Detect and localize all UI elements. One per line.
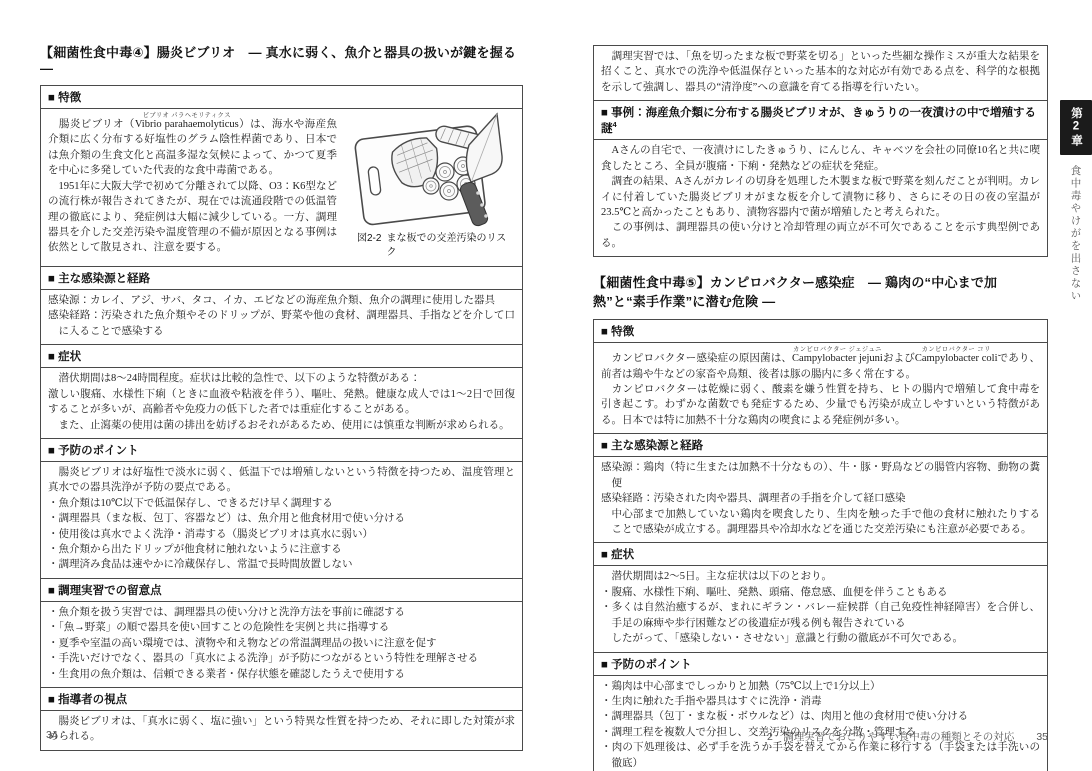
feature-body-right: カンピロバクター感染症の原因菌は、Campylobacter jejuniカンピ… bbox=[594, 343, 1047, 433]
instructor-text: 腸炎ビブリオは、「真水に弱く、塩に強い」という特異な性質を持つため、それに即した… bbox=[48, 714, 515, 745]
latin-name-campylobacter-jejuni: Campylobacter jejuniカンピロバクター ジェジュニ bbox=[792, 353, 883, 364]
section4-continuation-box: 調理実習では、「魚を切ったまな板で野菜を切る」といった些細な操作ミスが重大な結果… bbox=[593, 45, 1048, 257]
figure-caption-text: まな板での交差汚染のリスク bbox=[386, 232, 506, 260]
feature-paragraph-1: カンピロバクター感染症の原因菌は、Campylobacter jejuniカンピ… bbox=[601, 346, 1040, 382]
prevention-body-right: ・鶏肉は中心部までしっかりと加熱（75℃以上で1分以上） ・生肉に触れた手指や器… bbox=[594, 676, 1047, 771]
practice-bullet: ・夏季や室温の高い環境では、漬物や和え物などの常温調理品の扱いに注意を促す bbox=[48, 636, 515, 651]
heading-instructor-left: ■ 指導者の視点 bbox=[41, 687, 522, 711]
prevention-bullet: ・肉の下処理後は、必ず手を洗うか手袋を替えてから作業に移行する（手袋または手洗い… bbox=[601, 740, 1040, 771]
source-detail: 中心部まで加熱していない鶏肉を喫食したり、生肉を触った手で他の食材に触れたりする… bbox=[601, 507, 1040, 538]
page-number-right: 35 bbox=[1036, 731, 1048, 743]
heading-case: ■ 事例：海産魚介類に分布する腸炎ビブリオが、きゅうりの一夜漬けの中で増殖する謎… bbox=[594, 100, 1047, 140]
instructor-body-left: 腸炎ビブリオは、「真水に弱く、塩に強い」という特異な性質を持つため、それに即した… bbox=[41, 711, 522, 750]
section4-title: 【細菌性食中毒④】腸炎ビブリオ ― 真水に弱く、魚介と器具の扱いが鍵を握る ― bbox=[40, 42, 523, 76]
symptoms-paragraph: 激しい腹痛、水様性下痢（ときに血液や粘液を伴う）、嘔吐、発熱。健康な成人では1～… bbox=[48, 387, 515, 418]
latin-name-campylobacter-coli: Campylobacter coliカンピロバクター コリ bbox=[915, 353, 998, 364]
prevention-bullet: ・調理器具（まな板、包丁、容器など）は、魚介用と他食材用で使い分ける bbox=[48, 511, 515, 526]
section5-title: 【細菌性食中毒⑤】カンピロバクター感染症 ― 鶏肉の“中心まで加熱”と“素手作業… bbox=[593, 272, 1048, 310]
practice-bullet: ・手洗いだけでなく、器具の「真水による洗浄」が予防につながるという特性を理解させ… bbox=[48, 651, 515, 666]
figure-caption: 図2-2 まな板での交差汚染のリスク bbox=[345, 232, 515, 260]
practice-bullet: ・魚介類を扱う実習では、調理器具の使い分けと洗浄方法を事前に確認する bbox=[48, 605, 515, 620]
page-left: 【細菌性食中毒④】腸炎ビブリオ ― 真水に弱く、魚介と器具の扱いが鍵を握る ― … bbox=[40, 42, 523, 751]
heading-prevention-right: ■ 予防のポイント bbox=[594, 652, 1047, 676]
source-body-left: 感染源：カレイ、アジ、サバ、タコ、イカ、エビなどの海産魚介類、魚介の調理に使用し… bbox=[41, 290, 522, 344]
prevention-bullet: ・調理器具（包丁・まな板・ボウルなど）は、肉用と他の食材用で使い分ける bbox=[601, 709, 1040, 724]
footer-right: 2 調理実習でおこりやすい食中毒の種類とその対応 35 bbox=[767, 729, 1048, 744]
source-body-right: 感染源：鶏肉（特に生または加熱不十分なもの）、牛・豚・野鳥などの腸管内容物、動物… bbox=[594, 457, 1047, 542]
feature-paragraph-2: カンピロバクターは乾燥に弱く、酸素を嫌う性質を持ち、ヒトの腸内で増殖して食中毒を… bbox=[601, 382, 1040, 428]
case-paragraph: この事例は、調理器具の使い分けと冷却管理の両立が不可欠であることを示す典型例であ… bbox=[601, 220, 1040, 251]
continuation-body: 調理実習では、「魚を切ったまな板で野菜を切る」といった些細な操作ミスが重大な結果… bbox=[594, 46, 1047, 100]
symptoms-bullet: ・多くは自然治癒するが、まれにギラン・バレー症候群（自己免疫性神経障害）を合併し… bbox=[601, 600, 1040, 631]
cutting-board-illustration bbox=[351, 112, 509, 230]
practice-bullet: ・「魚→野菜」の順で器具を使い回すことの危険性を実例と共に指導する bbox=[48, 620, 515, 635]
chapter-tab: 第2章 食中毒やけがを出さない bbox=[1060, 100, 1092, 303]
source-route-line: 感染経路：汚染された肉や器具、調理者の手指を介して経口感染 bbox=[601, 491, 1040, 506]
continuation-paragraph: 調理実習では、「魚を切ったまな板で野菜を切る」といった些細な操作ミスが重大な結果… bbox=[601, 49, 1040, 95]
symptoms-paragraph: また、止瀉薬の使用は菌の排出を妨げるおそれがあるため、使用には慎重な判断が求めら… bbox=[48, 418, 515, 433]
prevention-body-left: 腸炎ビブリオは好塩性で淡水に弱く、低温下では増殖しないという特徴を持つため、温度… bbox=[41, 462, 522, 578]
practice-body-left: ・魚介類を扱う実習では、調理器具の使い分けと洗浄方法を事前に確認する ・「魚→野… bbox=[41, 602, 522, 687]
heading-source-left: ■ 主な感染源と経路 bbox=[41, 266, 522, 290]
source-line: 感染源：鶏肉（特に生または加熱不十分なもの）、牛・豚・野鳥などの腸管内容物、動物… bbox=[601, 460, 1040, 491]
case-paragraph: Aさんの自宅で、一夜漬けにしたきゅうり、にんじん、キャベツを会社の同僚10名と共… bbox=[601, 143, 1040, 174]
section5-box: ■ 特徴 カンピロバクター感染症の原因菌は、Campylobacter jeju… bbox=[593, 319, 1048, 771]
prevention-bullet: ・生肉に触れた手指や器具はすぐに洗浄・消毒 bbox=[601, 694, 1040, 709]
symptoms-paragraph: 潜伏期間は2～5日。主な症状は以下のとおり。 bbox=[601, 569, 1040, 584]
practice-bullet: ・生食用の魚介類は、信頼できる業者・保存状態を確認したうえで使用する bbox=[48, 667, 515, 682]
page-right: 調理実習では、「魚を切ったまな板で野菜を切る」といった些細な操作ミスが重大な結果… bbox=[593, 45, 1048, 771]
prevention-bullet: ・鶏肉は中心部までしっかりと加熱（75℃以上で1分以上） bbox=[601, 679, 1040, 694]
prevention-bullet: ・調理済み食品は速やかに冷蔵保存し、常温で長時間放置しない bbox=[48, 557, 515, 572]
feature-body-left: 図2-2 まな板での交差汚染のリスク 腸炎ビブリオ（Vibrio parahae… bbox=[41, 109, 522, 266]
case-paragraph: 調査の結果、Aさんがカレイの切身を処理した木製まな板で野菜を刻んだことが判明。カ… bbox=[601, 174, 1040, 220]
heading-symptoms-right: ■ 症状 bbox=[594, 542, 1047, 566]
figure-caption-label: 図2-2 bbox=[357, 232, 381, 260]
heading-prevention-left: ■ 予防のポイント bbox=[41, 438, 522, 462]
footer-section-title: 2 調理実習でおこりやすい食中毒の種類とその対応 bbox=[767, 729, 1014, 744]
symptoms-body-left: 潜伏期間は8～24時間程度。症状は比較的急性で、以下のような特徴がある： 激しい… bbox=[41, 368, 522, 438]
prevention-bullet: ・魚介類から出たドリップが他食材に触れないように注意する bbox=[48, 542, 515, 557]
source-line: 感染源：カレイ、アジ、サバ、タコ、イカ、エビなどの海産魚介類、魚介の調理に使用し… bbox=[48, 293, 515, 308]
prevention-bullet: ・魚介類は10℃以下で低温保存し、できるだけ早く調理する bbox=[48, 496, 515, 511]
prevention-intro: 腸炎ビブリオは好塩性で淡水に弱く、低温下では増殖しないという特徴を持つため、温度… bbox=[48, 465, 515, 496]
heading-symptoms-left: ■ 症状 bbox=[41, 344, 522, 368]
section4-box: ■ 特徴 bbox=[40, 85, 523, 751]
symptoms-bullet: ・腹痛、水様性下痢、嘔吐、発熱、頭痛、倦怠感、血便を伴うこともある bbox=[601, 585, 1040, 600]
source-route-line: 感染経路：汚染された魚介類やそのドリップが、野菜や他の食材、調理器具、手指などを… bbox=[48, 308, 515, 339]
page-number-left: 34 bbox=[46, 729, 58, 741]
latin-name-vibrio: Vibrio parahaemolyticusビブリオ パラヘモリティクス bbox=[135, 119, 239, 130]
heading-source-right: ■ 主な感染源と経路 bbox=[594, 433, 1047, 457]
heading-practice-left: ■ 調理実習での留意点 bbox=[41, 578, 522, 602]
case-footnote-marker: 4 bbox=[613, 120, 617, 129]
heading-feature-left: ■ 特徴 bbox=[41, 86, 522, 109]
chapter-number: 第2章 bbox=[1060, 100, 1092, 155]
symptoms-paragraph: 潜伏期間は8～24時間程度。症状は比較的急性で、以下のような特徴がある： bbox=[48, 371, 515, 386]
figure-2-2: 図2-2 まな板での交差汚染のリスク bbox=[345, 112, 515, 260]
case-body: Aさんの自宅で、一夜漬けにしたきゅうり、にんじん、キャベツを会社の同僚10名と共… bbox=[594, 140, 1047, 256]
heading-feature-right: ■ 特徴 bbox=[594, 320, 1047, 343]
prevention-bullet: ・使用後は真水でよく洗浄・消毒する（腸炎ビブリオは真水に弱い） bbox=[48, 527, 515, 542]
symptoms-paragraph: したがって、「感染しない・させない」意識と行動の徹底が不可欠である。 bbox=[601, 631, 1040, 646]
chapter-label: 食中毒やけがを出さない bbox=[1069, 165, 1084, 303]
symptoms-body-right: 潜伏期間は2～5日。主な症状は以下のとおり。 ・腹痛、水様性下痢、嘔吐、発熱、頭… bbox=[594, 566, 1047, 651]
